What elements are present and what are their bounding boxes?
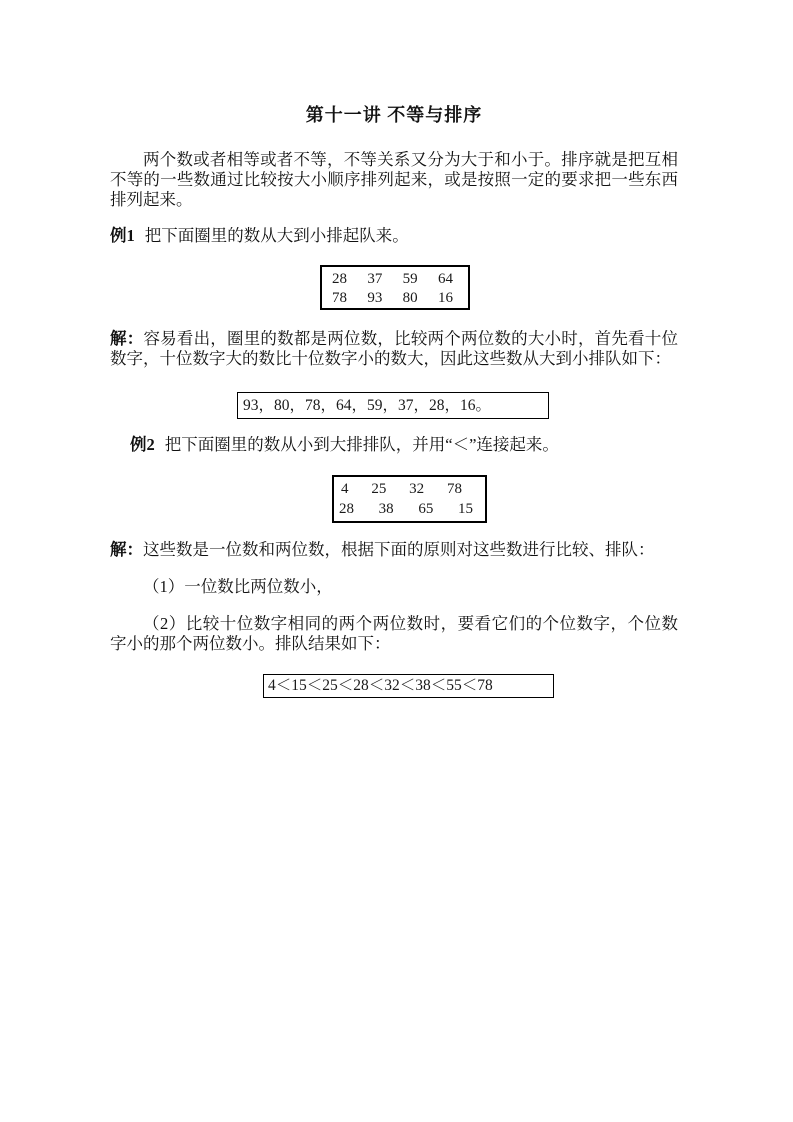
example2-solution: 解：这些数是一位数和两位数，根据下面的原则对这些数进行比较、排队： [110, 540, 678, 560]
example2-answer-box: 4＜15＜25＜28＜32＜38＜55＜78 [263, 674, 554, 698]
number-cell: 65 [418, 500, 433, 519]
example2-number-box: 4 25 32 78 28 38 65 15 [332, 475, 487, 523]
number-row: 28 38 65 15 [334, 500, 485, 519]
example2-prompt: 把下面圈里的数从小到大排排队，并用“＜”连接起来。 [165, 435, 559, 454]
example2-solution-text: 这些数是一位数和两位数，根据下面的原则对这些数进行比较、排队： [143, 540, 655, 559]
example1-prompt: 把下面圈里的数从大到小排起队来。 [145, 226, 409, 245]
example1-label: 例1 [110, 226, 135, 245]
number-row: 28 37 59 64 [332, 270, 453, 289]
number-cell: 16 [438, 289, 453, 308]
example2-rule-2: （2）比较十位数字相同的两个两位数时，要看它们的个位数字，个位数字小的那个两位数… [110, 614, 678, 654]
number-cell: 28 [332, 270, 347, 289]
example2-heading: 例2把下面圈里的数从小到大排排队，并用“＜”连接起来。 [130, 435, 678, 455]
number-cell: 78 [332, 289, 347, 308]
number-cell: 28 [339, 500, 354, 519]
number-cell: 38 [379, 500, 394, 519]
example2-answer-text: 4＜15＜25＜28＜32＜38＜55＜78 [268, 676, 493, 696]
example1-solution: 解：容易看出，圈里的数都是两位数，比较两个两位数的大小时，首先看十位数字，十位数… [110, 329, 678, 369]
example1-number-box: 28 37 59 64 78 93 80 16 [320, 265, 470, 310]
example1-heading: 例1把下面圈里的数从大到小排起队来。 [110, 226, 678, 246]
number-cell: 78 [447, 480, 462, 499]
number-cell: 64 [438, 270, 453, 289]
number-cell: 15 [458, 500, 473, 519]
page-title: 第十一讲 不等与排序 [110, 104, 678, 126]
example2-label: 例2 [130, 435, 155, 454]
document-page: 第十一讲 不等与排序 两个数或者相等或者不等，不等关系又分为大于和小于。排序就是… [0, 0, 793, 1122]
number-cell: 37 [367, 270, 382, 289]
example1-answer-box: 93，80，78，64，59，37，28，16。 [237, 392, 549, 419]
example1-solution-text: 容易看出，圈里的数都是两位数，比较两个两位数的大小时，首先看十位数字，十位数字大… [110, 329, 678, 368]
number-cell: 59 [403, 270, 418, 289]
number-cell: 4 [341, 480, 349, 499]
intro-paragraph: 两个数或者相等或者不等，不等关系又分为大于和小于。排序就是把互相不等的一些数通过… [110, 150, 678, 210]
document-content: 第十一讲 不等与排序 两个数或者相等或者不等，不等关系又分为大于和小于。排序就是… [0, 0, 793, 698]
number-cell: 80 [403, 289, 418, 308]
example2-rule-1: （1）一位数比两位数小， [110, 577, 678, 597]
example1-answer-text: 93，80，78，64，59，37，28，16。 [243, 396, 491, 416]
number-cell: 32 [409, 480, 424, 499]
number-row: 78 93 80 16 [332, 289, 453, 308]
example1-solution-label: 解： [110, 329, 143, 348]
example2-solution-label: 解： [110, 540, 143, 559]
number-row: 4 25 32 78 [334, 480, 485, 500]
number-cell: 93 [367, 289, 382, 308]
number-cell: 25 [371, 480, 386, 499]
